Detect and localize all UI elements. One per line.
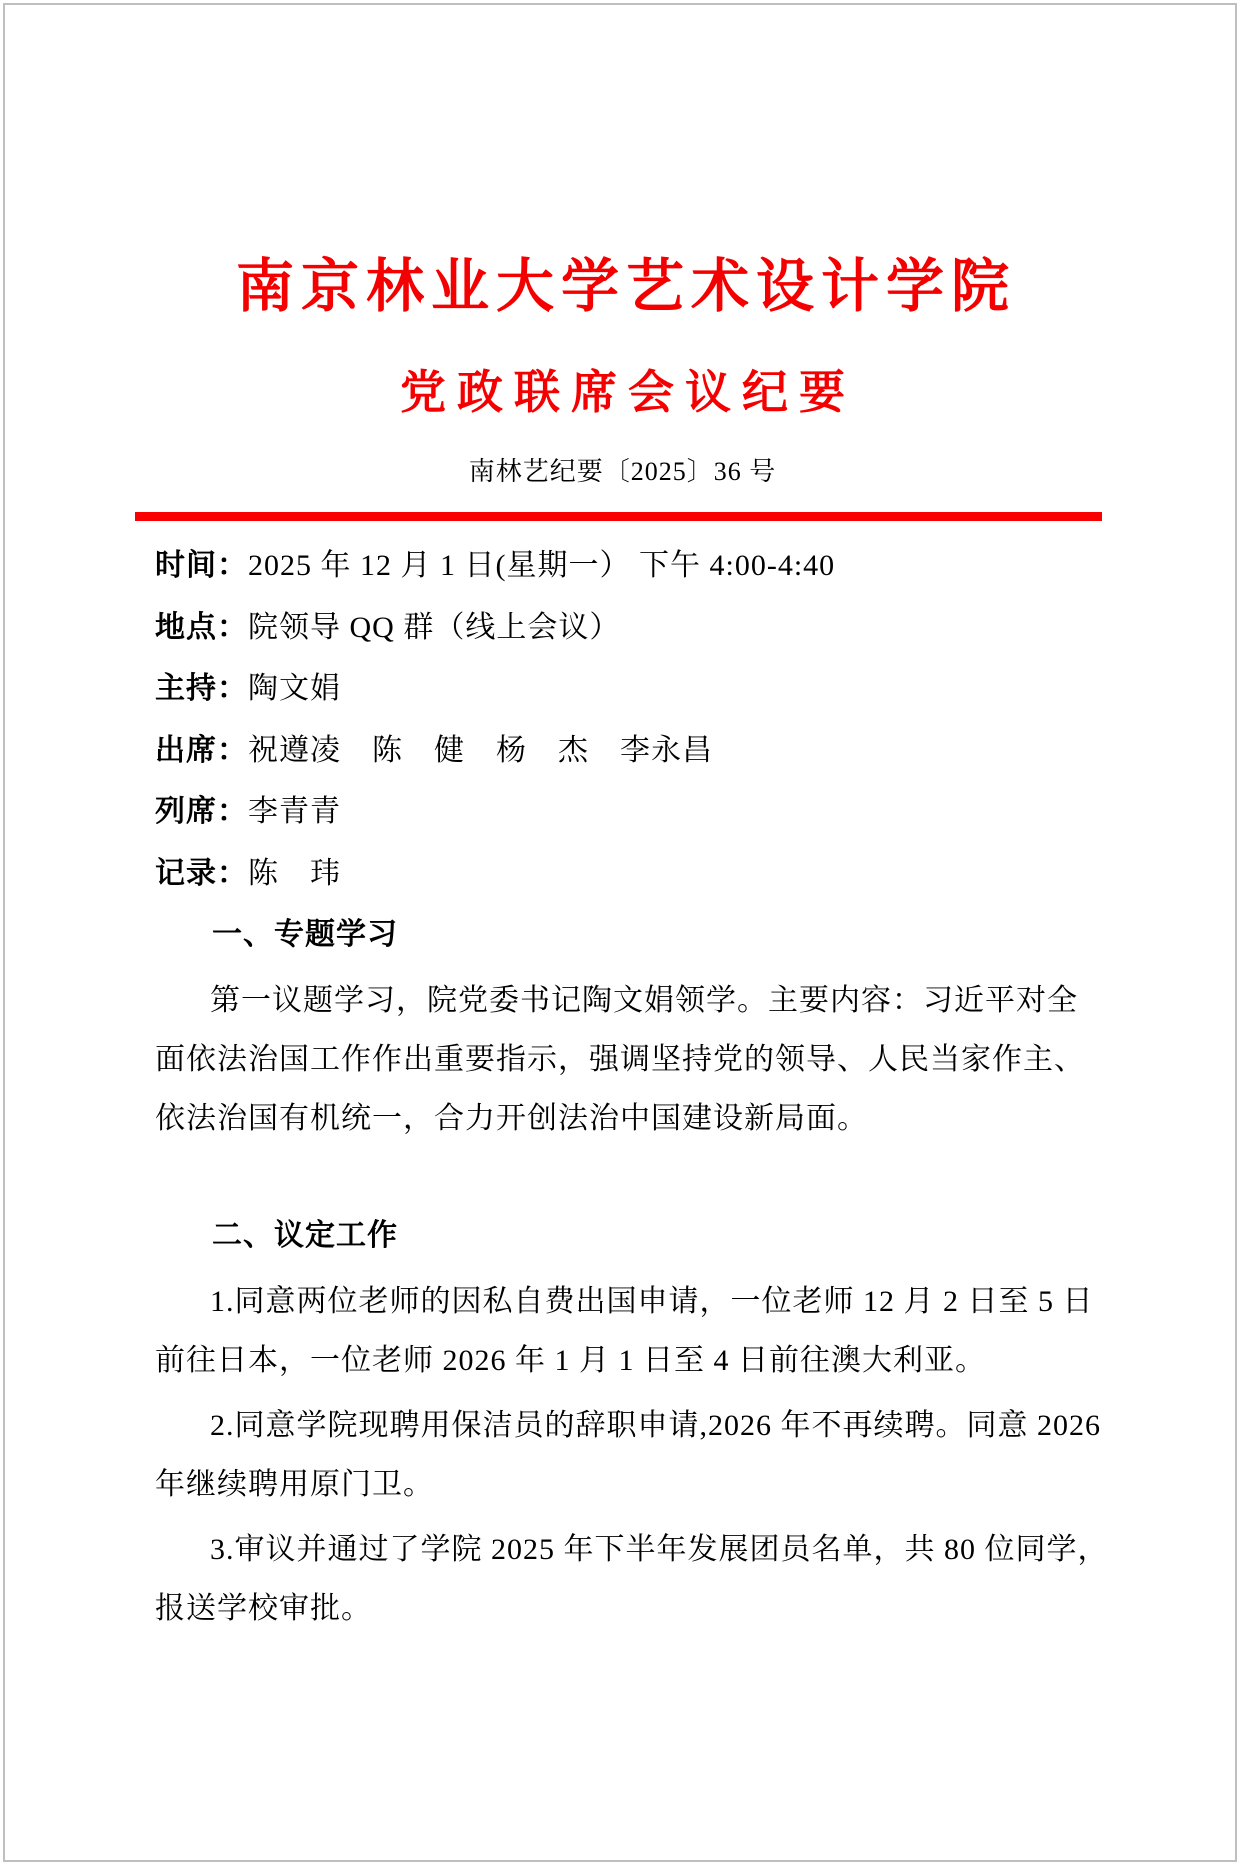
decision-item-line: 2.同意学院现聘用保洁员的辞职申请,2026 年不再续聘。同意 2026 [155,1396,1090,1455]
meta-value-location: 院领导 QQ 群（线上会议） [248,611,620,644]
study-paragraph-line: 面依法治国工作作出重要指示，强调坚持党的领导、人民当家作主、 [155,1030,1090,1089]
meta-label-recorder: 记录： [155,857,248,890]
document-title: 南京林业大学艺术设计学院 [155,255,1090,319]
meta-label-time: 时间： [155,549,248,582]
meta-value-host: 陶文娟 [248,672,341,705]
study-paragraph-line: 第一议题学习，院党委书记陶文娟领学。主要内容：习近平对全 [155,971,1090,1030]
document-subtitle: 党政联席会议纪要 [155,367,1090,417]
meta-row-observers: 列席：李青青 [155,781,1090,843]
meta-value-observers: 李青青 [248,795,341,828]
meta-row-attendees: 出席：祝遵凌 陈 健 杨 杰 李永昌 [155,720,1090,782]
meta-value-attendees: 祝遵凌 陈 健 杨 杰 李永昌 [248,734,713,767]
decision-item-2: 2.同意学院现聘用保洁员的辞职申请,2026 年不再续聘。同意 2026 年继续… [155,1396,1090,1514]
meta-value-recorder: 陈 玮 [248,857,341,890]
section-study: 一、专题学习 第一议题学习，院党委书记陶文娟领学。主要内容：习近平对全 面依法治… [155,904,1090,1148]
decision-item-line: 1.同意两位老师的因私自费出国申请，一位老师 12 月 2 日至 5 日 [155,1272,1090,1331]
meta-row-recorder: 记录：陈 玮 [155,843,1090,905]
document-number: 南林艺纪要〔2025〕36 号 [155,457,1090,487]
meeting-meta: 时间：2025 年 12 月 1 日(星期一） 下午 4:00-4:40 地点：… [155,535,1090,904]
section-decisions: 二、议定工作 1.同意两位老师的因私自费出国申请，一位老师 12 月 2 日至 … [155,1205,1090,1638]
section-study-heading: 一、专题学习 [155,904,1090,965]
study-paragraph-line: 依法治国有机统一，合力开创法治中国建设新局面。 [155,1089,1090,1148]
decision-item-1: 1.同意两位老师的因私自费出国申请，一位老师 12 月 2 日至 5 日 前往日… [155,1272,1090,1390]
study-paragraph: 第一议题学习，院党委书记陶文娟领学。主要内容：习近平对全 面依法治国工作作出重要… [155,971,1090,1148]
meta-row-location: 地点：院领导 QQ 群（线上会议） [155,597,1090,659]
decision-item-line: 3.审议并通过了学院 2025 年下半年发展团员名单，共 80 位同学， [155,1520,1090,1579]
decision-item-line: 前往日本，一位老师 2026 年 1 月 1 日至 4 日前往澳大利亚。 [155,1331,1090,1390]
section-decisions-heading: 二、议定工作 [155,1205,1090,1266]
meta-row-host: 主持：陶文娟 [155,658,1090,720]
meta-label-host: 主持： [155,672,248,705]
meta-label-attendees: 出席： [155,734,248,767]
red-divider-rule [135,512,1102,521]
decision-item-line: 年继续聘用原门卫。 [155,1455,1090,1514]
decision-item-line: 报送学校审批。 [155,1579,1090,1638]
meta-label-location: 地点： [155,611,248,644]
meta-value-time: 2025 年 12 月 1 日(星期一） 下午 4:00-4:40 [248,549,835,582]
decision-item-3: 3.审议并通过了学院 2025 年下半年发展团员名单，共 80 位同学， 报送学… [155,1520,1090,1638]
document-page: 南京林业大学艺术设计学院 党政联席会议纪要 南林艺纪要〔2025〕36 号 时间… [3,3,1237,1862]
meta-label-observers: 列席： [155,795,248,828]
meta-row-time: 时间：2025 年 12 月 1 日(星期一） 下午 4:00-4:40 [155,535,1090,597]
